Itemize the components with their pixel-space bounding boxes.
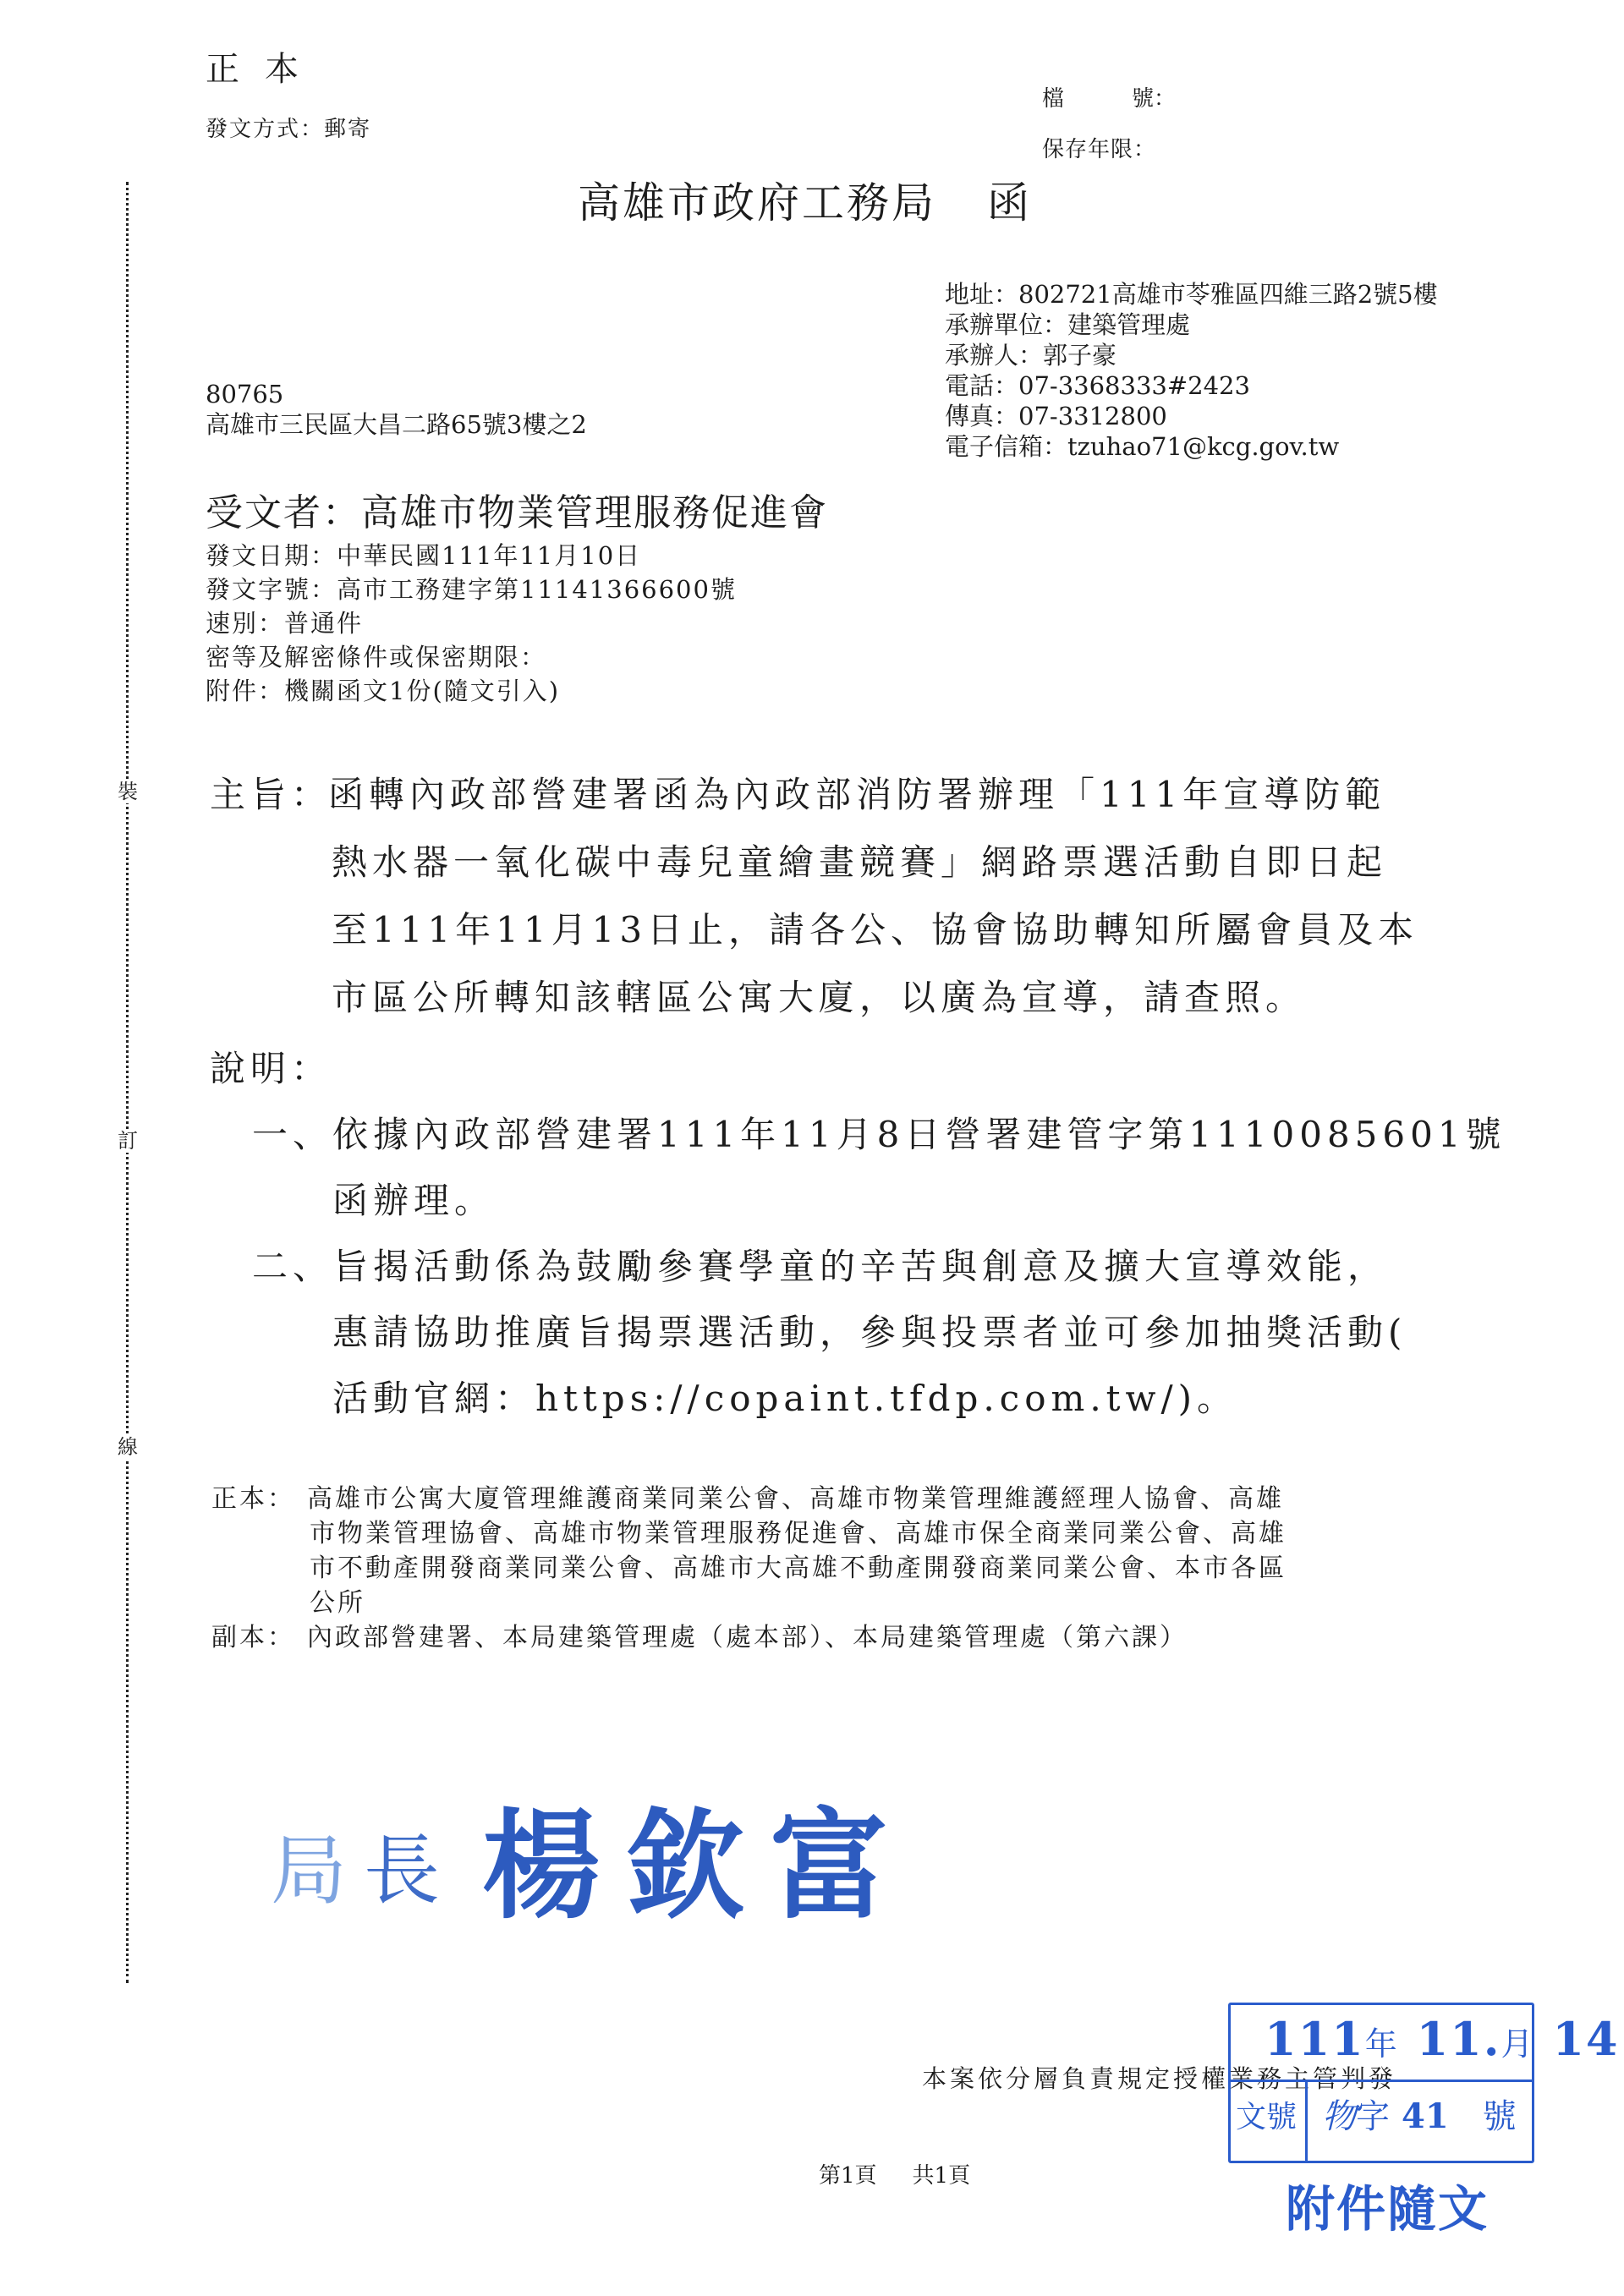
original-recipients-line: 公所 bbox=[211, 1586, 1287, 1620]
item-number: 二、 bbox=[210, 1234, 332, 1300]
original-recipients-line: 市物業管理協會、高雄市物業管理服務促進會、高雄市保全商業同業公會、高雄 bbox=[211, 1516, 1287, 1551]
stamp-month: 11. bbox=[1417, 2012, 1501, 2066]
document-type: 函 bbox=[987, 178, 1032, 227]
file-number-field: 檔號： bbox=[1042, 81, 1176, 112]
signature-title: 局長 bbox=[271, 1827, 457, 1915]
delivery-speed: 速別：普通件 bbox=[206, 606, 737, 640]
document-number: 發文字號：高市工務建字第11141366600號 bbox=[206, 573, 737, 606]
stamp-number: 41 bbox=[1402, 2096, 1449, 2136]
subject-line: 函轉內政部營建署函為內政部消防署辦理「111年宣導防範 bbox=[328, 774, 1385, 815]
stamp-hao: 號 bbox=[1483, 2097, 1517, 2136]
explanation-line: 函辦理。 bbox=[210, 1168, 1506, 1234]
original-recipients-line: 高雄市公寓大廈管理維護商業同業公會、高雄市物業管理維護經理人協會、高雄 bbox=[307, 1484, 1284, 1514]
sender-address: 地址：802721高雄市苓雅區四維三路2號5樓 bbox=[945, 279, 1438, 310]
binding-mark-zhuang: 裝 bbox=[116, 780, 140, 803]
copy-recipients-line: 內政部營建署、本局建築管理處（處本部）、本局建築管理處（第六課） bbox=[307, 1623, 1188, 1652]
explanation-label: 說明： bbox=[210, 1036, 1506, 1102]
issue-date: 發文日期：中華民國111年11月10日 bbox=[206, 539, 737, 573]
retention-period-field: 保存年限： bbox=[1042, 132, 1156, 163]
total-pages: 共1頁 bbox=[913, 2163, 971, 2189]
email: 電子信箱：tzuhao71@kcg.gov.tw bbox=[945, 431, 1438, 462]
agency-name: 高雄市政府工務局 bbox=[578, 178, 936, 227]
director-signature-seal: 局長楊欽富 bbox=[271, 1772, 913, 1942]
subject-label: 主旨： bbox=[210, 761, 328, 829]
title-char-ju: 局 bbox=[271, 1827, 364, 1915]
explanation-line: 惠請協助推廣旨揭票選活動，參與投票者並可參加抽獎活動( bbox=[210, 1300, 1506, 1366]
stamp-divider-vertical bbox=[1305, 2080, 1308, 2161]
attachments: 附件：機關函文1份(隨文引入) bbox=[206, 674, 737, 708]
send-method-label: 發文方式： bbox=[206, 117, 324, 142]
title-char-zhang: 長 bbox=[364, 1827, 457, 1915]
postal-code: 80765 bbox=[206, 379, 587, 409]
recipient-address-block: 80765 高雄市三民區大昌二路65號3樓之2 bbox=[206, 379, 587, 440]
stamp-zi: 字 bbox=[1356, 2097, 1390, 2136]
fax: 傳真：07-3312800 bbox=[945, 401, 1438, 431]
copy-recipients-label: 副本： bbox=[211, 1620, 307, 1655]
recipient-street-address: 高雄市三民區大昌二路65號3樓之2 bbox=[206, 409, 587, 440]
recipient: 受文者：高雄市物業管理服務促進會 bbox=[206, 482, 828, 536]
receipt-date-stamp: 111年 11.月 14日 文號 物字41號 bbox=[1228, 2003, 1534, 2163]
subject-line: 熱水器一氧化碳中毒兒童繪畫競賽」網路票選活動自即日起 bbox=[210, 829, 1418, 896]
subject-line: 至111年11月13日止，請各公、協會協助轉知所屬會員及本 bbox=[210, 896, 1418, 964]
page-number: 第1頁共1頁 bbox=[819, 2158, 970, 2189]
explanation-line: 旨揭活動係為鼓勵參賽學童的辛苦與創意及擴大宣導效能， bbox=[332, 1246, 1388, 1287]
explanation-line: 依據內政部營建署111年11月8日營署建管字第1110085601號 bbox=[332, 1114, 1506, 1155]
stamp-day-unit: 日 bbox=[1620, 2025, 1624, 2063]
handling-unit: 承辦單位：建築管理處 bbox=[945, 310, 1438, 340]
original-recipients-line: 市不動產開發商業同業公會、高雄市大高雄不動產開發商業同業公會、本市各區 bbox=[211, 1551, 1287, 1586]
document-title: 高雄市政府工務局函 bbox=[578, 169, 1032, 230]
file-no-label-part2: 號： bbox=[1132, 86, 1176, 112]
explanation-line-with-url: 活動官網：https://copaint.tfdp.com.tw/)。 bbox=[210, 1366, 1506, 1432]
phone: 電話：07-3368333#2423 bbox=[945, 370, 1438, 401]
file-no-label-part1: 檔 bbox=[1042, 86, 1064, 112]
document-meta: 發文日期：中華民國111年11月10日 發文字號：高市工務建字第11141366… bbox=[206, 539, 737, 708]
original-recipients-label: 正本： bbox=[211, 1482, 307, 1516]
binding-dotted-line bbox=[126, 182, 129, 1983]
stamp-day: 14 bbox=[1552, 2012, 1619, 2066]
binding-mark-xian: 線 bbox=[116, 1435, 140, 1459]
send-method-value: 郵寄 bbox=[324, 117, 371, 142]
stamp-number-label: 文號 bbox=[1236, 2093, 1297, 2136]
stamp-month-unit: 月 bbox=[1501, 2025, 1535, 2063]
explanation-section: 說明： 一、依據內政部營建署111年11月8日營署建管字第1110085601號… bbox=[210, 1036, 1506, 1432]
stamp-year-unit: 年 bbox=[1365, 2025, 1399, 2063]
sender-contact-block: 地址：802721高雄市苓雅區四維三路2號5樓 承辦單位：建築管理處 承辦人：郭… bbox=[945, 279, 1438, 462]
stamp-handwritten-prefix: 物 bbox=[1322, 2097, 1356, 2136]
handler-name: 承辦人：郭子豪 bbox=[945, 340, 1438, 370]
copy-type-label: 正本 bbox=[206, 42, 324, 90]
stamp-divider-horizontal bbox=[1231, 2080, 1532, 2082]
subject-section: 主旨：函轉內政部營建署函為內政部消防署辦理「111年宣導防範 熱水器一氧化碳中毒… bbox=[210, 761, 1418, 1032]
item-number: 一、 bbox=[210, 1102, 332, 1168]
distribution-section: 正本：高雄市公寓大廈管理維護商業同業公會、高雄市物業管理維護經理人協會、高雄 市… bbox=[211, 1482, 1287, 1655]
current-page: 第1頁 bbox=[819, 2163, 877, 2189]
secrecy-level: 密等及解密條件或保密期限： bbox=[206, 640, 737, 674]
subject-line: 市區公所轉知該轄區公寓大廈，以廣為宣導，請查照。 bbox=[210, 964, 1418, 1032]
stamp-number-value: 物字41號 bbox=[1322, 2090, 1517, 2138]
binding-mark-ding: 訂 bbox=[116, 1129, 140, 1153]
send-method: 發文方式：郵寄 bbox=[206, 112, 371, 143]
attachment-enclosed-stamp: 附件隨文 bbox=[1286, 2169, 1489, 2240]
stamp-year: 111 bbox=[1265, 2012, 1365, 2066]
stamp-date: 111年 11.月 14日 bbox=[1265, 2012, 1624, 2066]
signature-name: 楊欽富 bbox=[482, 1797, 913, 1936]
